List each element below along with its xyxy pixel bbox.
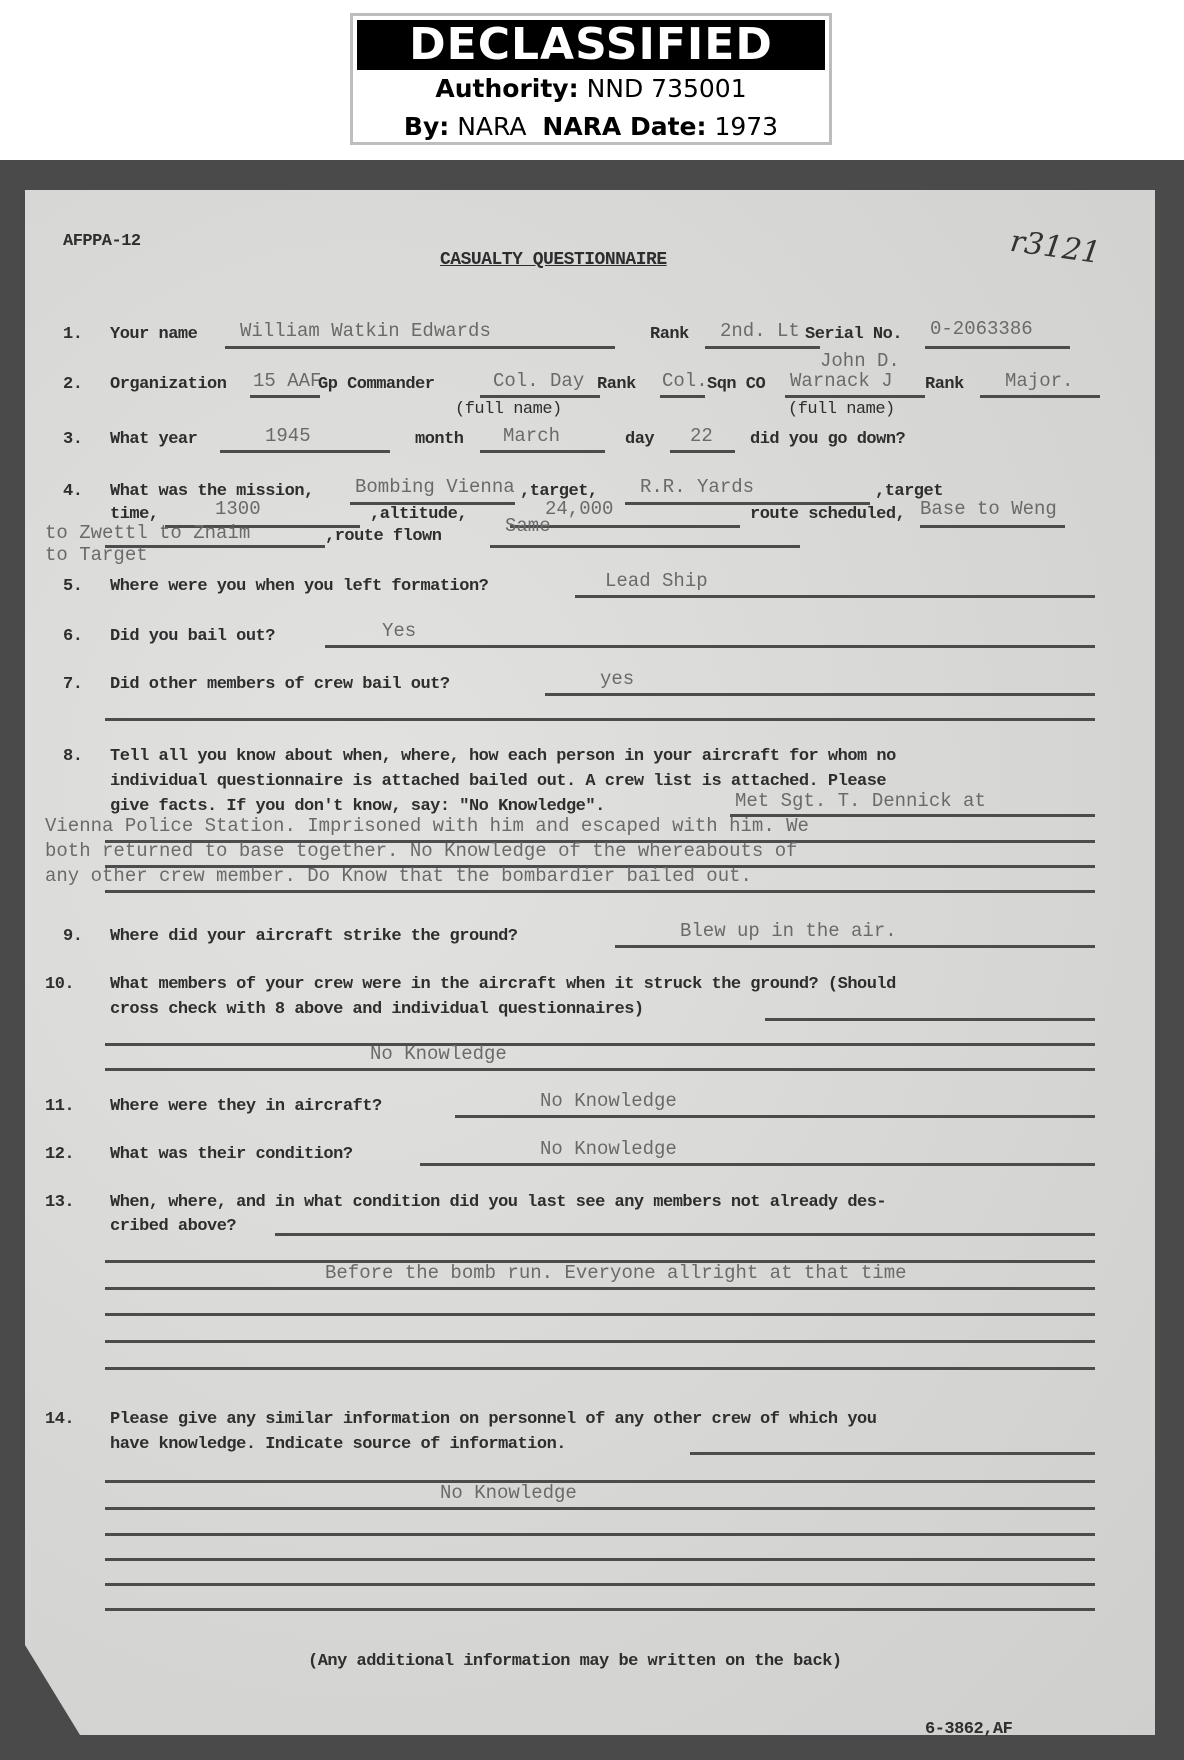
q2-number: 2. [63, 375, 82, 394]
q10-number: 10. [45, 975, 74, 994]
q8-label-1: Tell all you know about when, where, how… [110, 747, 896, 766]
q13-line-3 [105, 1287, 1095, 1290]
q4-mission-value[interactable]: Bombing Vienna [355, 476, 515, 498]
q9-answer[interactable]: Blew up in the air. [680, 920, 897, 942]
q12-label: What was their condition? [110, 1145, 353, 1164]
q14-line-7 [105, 1608, 1095, 1611]
q14-line-3 [105, 1507, 1095, 1510]
q5-line [575, 595, 1095, 598]
by-label: By: [404, 112, 449, 141]
q5-number: 5. [63, 577, 82, 596]
q8-answer-2[interactable]: Vienna Police Station. Imprisoned with h… [45, 815, 809, 837]
q13-label-2: cribed above? [110, 1217, 236, 1236]
q9-line [615, 945, 1095, 948]
q1-serial-line [925, 346, 1070, 349]
q14-number: 14. [45, 1410, 74, 1429]
date-label: NARA Date: [542, 112, 706, 141]
q4-number: 4. [63, 482, 82, 501]
form-code: 6-3862,AF [925, 1720, 1012, 1739]
q2-organization-value[interactable]: 15 AAF [253, 370, 321, 392]
q8-label-2: individual questionnaire is attached bai… [110, 772, 886, 791]
q6-number: 6. [63, 627, 82, 646]
q14-label-2: have knowledge. Indicate source of infor… [110, 1435, 566, 1454]
q12-line [420, 1163, 1095, 1166]
q13-answer[interactable]: Before the bomb run. Everyone allright a… [325, 1262, 907, 1284]
q14-line-2 [105, 1480, 1095, 1483]
q3-month-value[interactable]: March [503, 425, 560, 447]
q8-answer-1[interactable]: Met Sgt. T. Dennick at [735, 790, 986, 812]
q3-day-value[interactable]: 22 [690, 425, 713, 447]
q7-answer[interactable]: yes [600, 668, 634, 690]
q7-line [545, 693, 1095, 696]
by-value: NARA [457, 112, 526, 141]
q3-year-value[interactable]: 1945 [265, 425, 311, 447]
footer-note: (Any additional information may be writt… [308, 1652, 842, 1671]
q4-altitude-value[interactable]: 24,000 [545, 498, 613, 520]
q8-line-4 [105, 890, 1095, 893]
q4-mission-label: What was the mission, [110, 482, 314, 501]
q8-answer-3[interactable]: both returned to base together. No Knowl… [45, 840, 798, 862]
q2-gp-full-name-hint: (full name) [455, 400, 562, 419]
q2-rank-label-2: Rank [925, 375, 964, 394]
q10-line-3 [105, 1068, 1095, 1071]
q13-line-6 [105, 1367, 1095, 1370]
q3-day-label: day [625, 430, 654, 449]
q4-time-value[interactable]: 1300 [215, 498, 261, 520]
q2-gp-commander-line [480, 395, 600, 398]
q13-line-5 [105, 1340, 1095, 1343]
q11-number: 11. [45, 1097, 74, 1116]
q2-gp-commander-label: Gp Commander [318, 375, 434, 394]
banner-by-date: By: NARA NARA Date: 1973 [353, 108, 829, 146]
q13-label-1: When, where, and in what condition did y… [110, 1193, 886, 1212]
q3-day-line [670, 450, 735, 453]
q1-number: 1. [63, 325, 82, 344]
declassified-banner: DECLASSIFIED Authority: NND 735001 By: N… [350, 13, 832, 145]
q9-label: Where did your aircraft strike the groun… [110, 927, 517, 946]
q2-sqn-co-label: Sqn CO [707, 375, 765, 394]
authority-label: Authority: [435, 74, 578, 103]
q14-line-1 [690, 1452, 1095, 1455]
q8-number: 8. [63, 747, 82, 766]
q1-serial-value[interactable]: 0-2063386 [930, 318, 1033, 340]
q2-sqn-rank-value[interactable]: Major. [1005, 370, 1073, 392]
q2-sqn-co-line1[interactable]: John D. [820, 350, 900, 372]
q10-line-1 [765, 1018, 1095, 1021]
q3-suffix: did you go down? [750, 430, 905, 449]
q1-rank-line [705, 346, 820, 349]
q11-label: Where were they in aircraft? [110, 1097, 382, 1116]
q4-route-scheduled-value-3[interactable]: to Target [45, 544, 148, 566]
q4-route-scheduled-line [920, 525, 1065, 528]
q4-route-scheduled-value-1[interactable]: Base to Weng [920, 498, 1057, 520]
q4-route-flown-line [490, 545, 800, 548]
q14-line-6 [105, 1583, 1095, 1586]
q2-label: Organization [110, 375, 226, 394]
q6-line [325, 645, 1095, 648]
q13-number: 13. [45, 1193, 74, 1212]
q14-line-5 [105, 1558, 1095, 1561]
form-title: CASUALTY QUESTIONNAIRE [440, 250, 667, 270]
torn-corner [25, 1645, 80, 1735]
q12-number: 12. [45, 1145, 74, 1164]
q1-name-value[interactable]: William Watkin Edwards [240, 320, 491, 342]
banner-heading: DECLASSIFIED [357, 20, 825, 70]
q11-answer[interactable]: No Knowledge [540, 1090, 677, 1112]
authority-value: NND 735001 [587, 74, 747, 103]
form-id: AFPPA-12 [63, 232, 141, 251]
q4-route-scheduled-value-2[interactable]: to Zwettl to Znaim [45, 522, 250, 544]
q14-line-4 [105, 1533, 1095, 1536]
q14-answer[interactable]: No Knowledge [440, 1482, 577, 1504]
q2-sqn-full-name-hint: (full name) [788, 400, 895, 419]
q3-year-label: What year [110, 430, 197, 449]
q7-number: 7. [63, 675, 82, 694]
q4-route-scheduled-label: route scheduled, [750, 505, 905, 524]
q2-sqn-rank-line [980, 395, 1100, 398]
q9-number: 9. [63, 927, 82, 946]
q10-answer[interactable]: No Knowledge [370, 1043, 507, 1065]
q2-gp-rank-line [660, 395, 705, 398]
q13-line-4 [105, 1313, 1095, 1316]
q7-line-2 [105, 718, 1095, 721]
q5-answer[interactable]: Lead Ship [605, 570, 708, 592]
q4-altitude-label: ,altitude, [370, 505, 467, 524]
q2-gp-rank-value[interactable]: Col. [662, 370, 708, 392]
q3-month-line [480, 450, 605, 453]
q10-label-2: cross check with 8 above and individual … [110, 1000, 644, 1019]
q2-sqn-co-line [785, 395, 925, 398]
q1-serial-label: Serial No. [805, 325, 902, 344]
q1-rank-value[interactable]: 2nd. Lt [720, 320, 800, 342]
q2-gp-commander-value[interactable]: Col. Day [493, 370, 584, 392]
q7-label: Did other members of crew bail out? [110, 675, 450, 694]
q3-year-line [220, 450, 390, 453]
banner-authority: Authority: NND 735001 [353, 70, 829, 108]
q1-name-line [225, 346, 615, 349]
q2-rank-label: Rank [597, 375, 636, 394]
q13-line-1 [275, 1233, 1095, 1236]
q8-answer-4[interactable]: any other crew member. Do Know that the … [45, 865, 752, 887]
q6-answer[interactable]: Yes [382, 620, 416, 642]
q3-month-label: month [415, 430, 464, 449]
form-paper: AFPPA-12 CASUALTY QUESTIONNAIRE r3121 1.… [25, 190, 1155, 1735]
q4-route-flown-label: ,route flown [325, 527, 441, 546]
handwritten-number: r3121 [1008, 224, 1103, 271]
q14-label-1: Please give any similar information on p… [110, 1410, 876, 1429]
q1-rank-label: Rank [650, 325, 689, 344]
q11-line [455, 1115, 1095, 1118]
q2-org-line [250, 395, 320, 398]
q1-label: Your name [110, 325, 197, 344]
q5-label: Where were you when you left formation? [110, 577, 488, 596]
q10-label-1: What members of your crew were in the ai… [110, 975, 896, 994]
q4-target-value[interactable]: R.R. Yards [640, 476, 754, 498]
q6-label: Did you bail out? [110, 627, 275, 646]
q8-label-3: give facts. If you don't know, say: "No … [110, 797, 605, 816]
q3-number: 3. [63, 430, 82, 449]
q4-route-flown-value[interactable]: Same [505, 515, 551, 537]
scanned-document: AFPPA-12 CASUALTY QUESTIONNAIRE r3121 1.… [0, 160, 1184, 1760]
date-value: 1973 [714, 112, 778, 141]
q12-answer[interactable]: No Knowledge [540, 1138, 677, 1160]
q2-sqn-co-value[interactable]: Warnack J [790, 370, 893, 392]
q10-line-2 [105, 1043, 1095, 1046]
